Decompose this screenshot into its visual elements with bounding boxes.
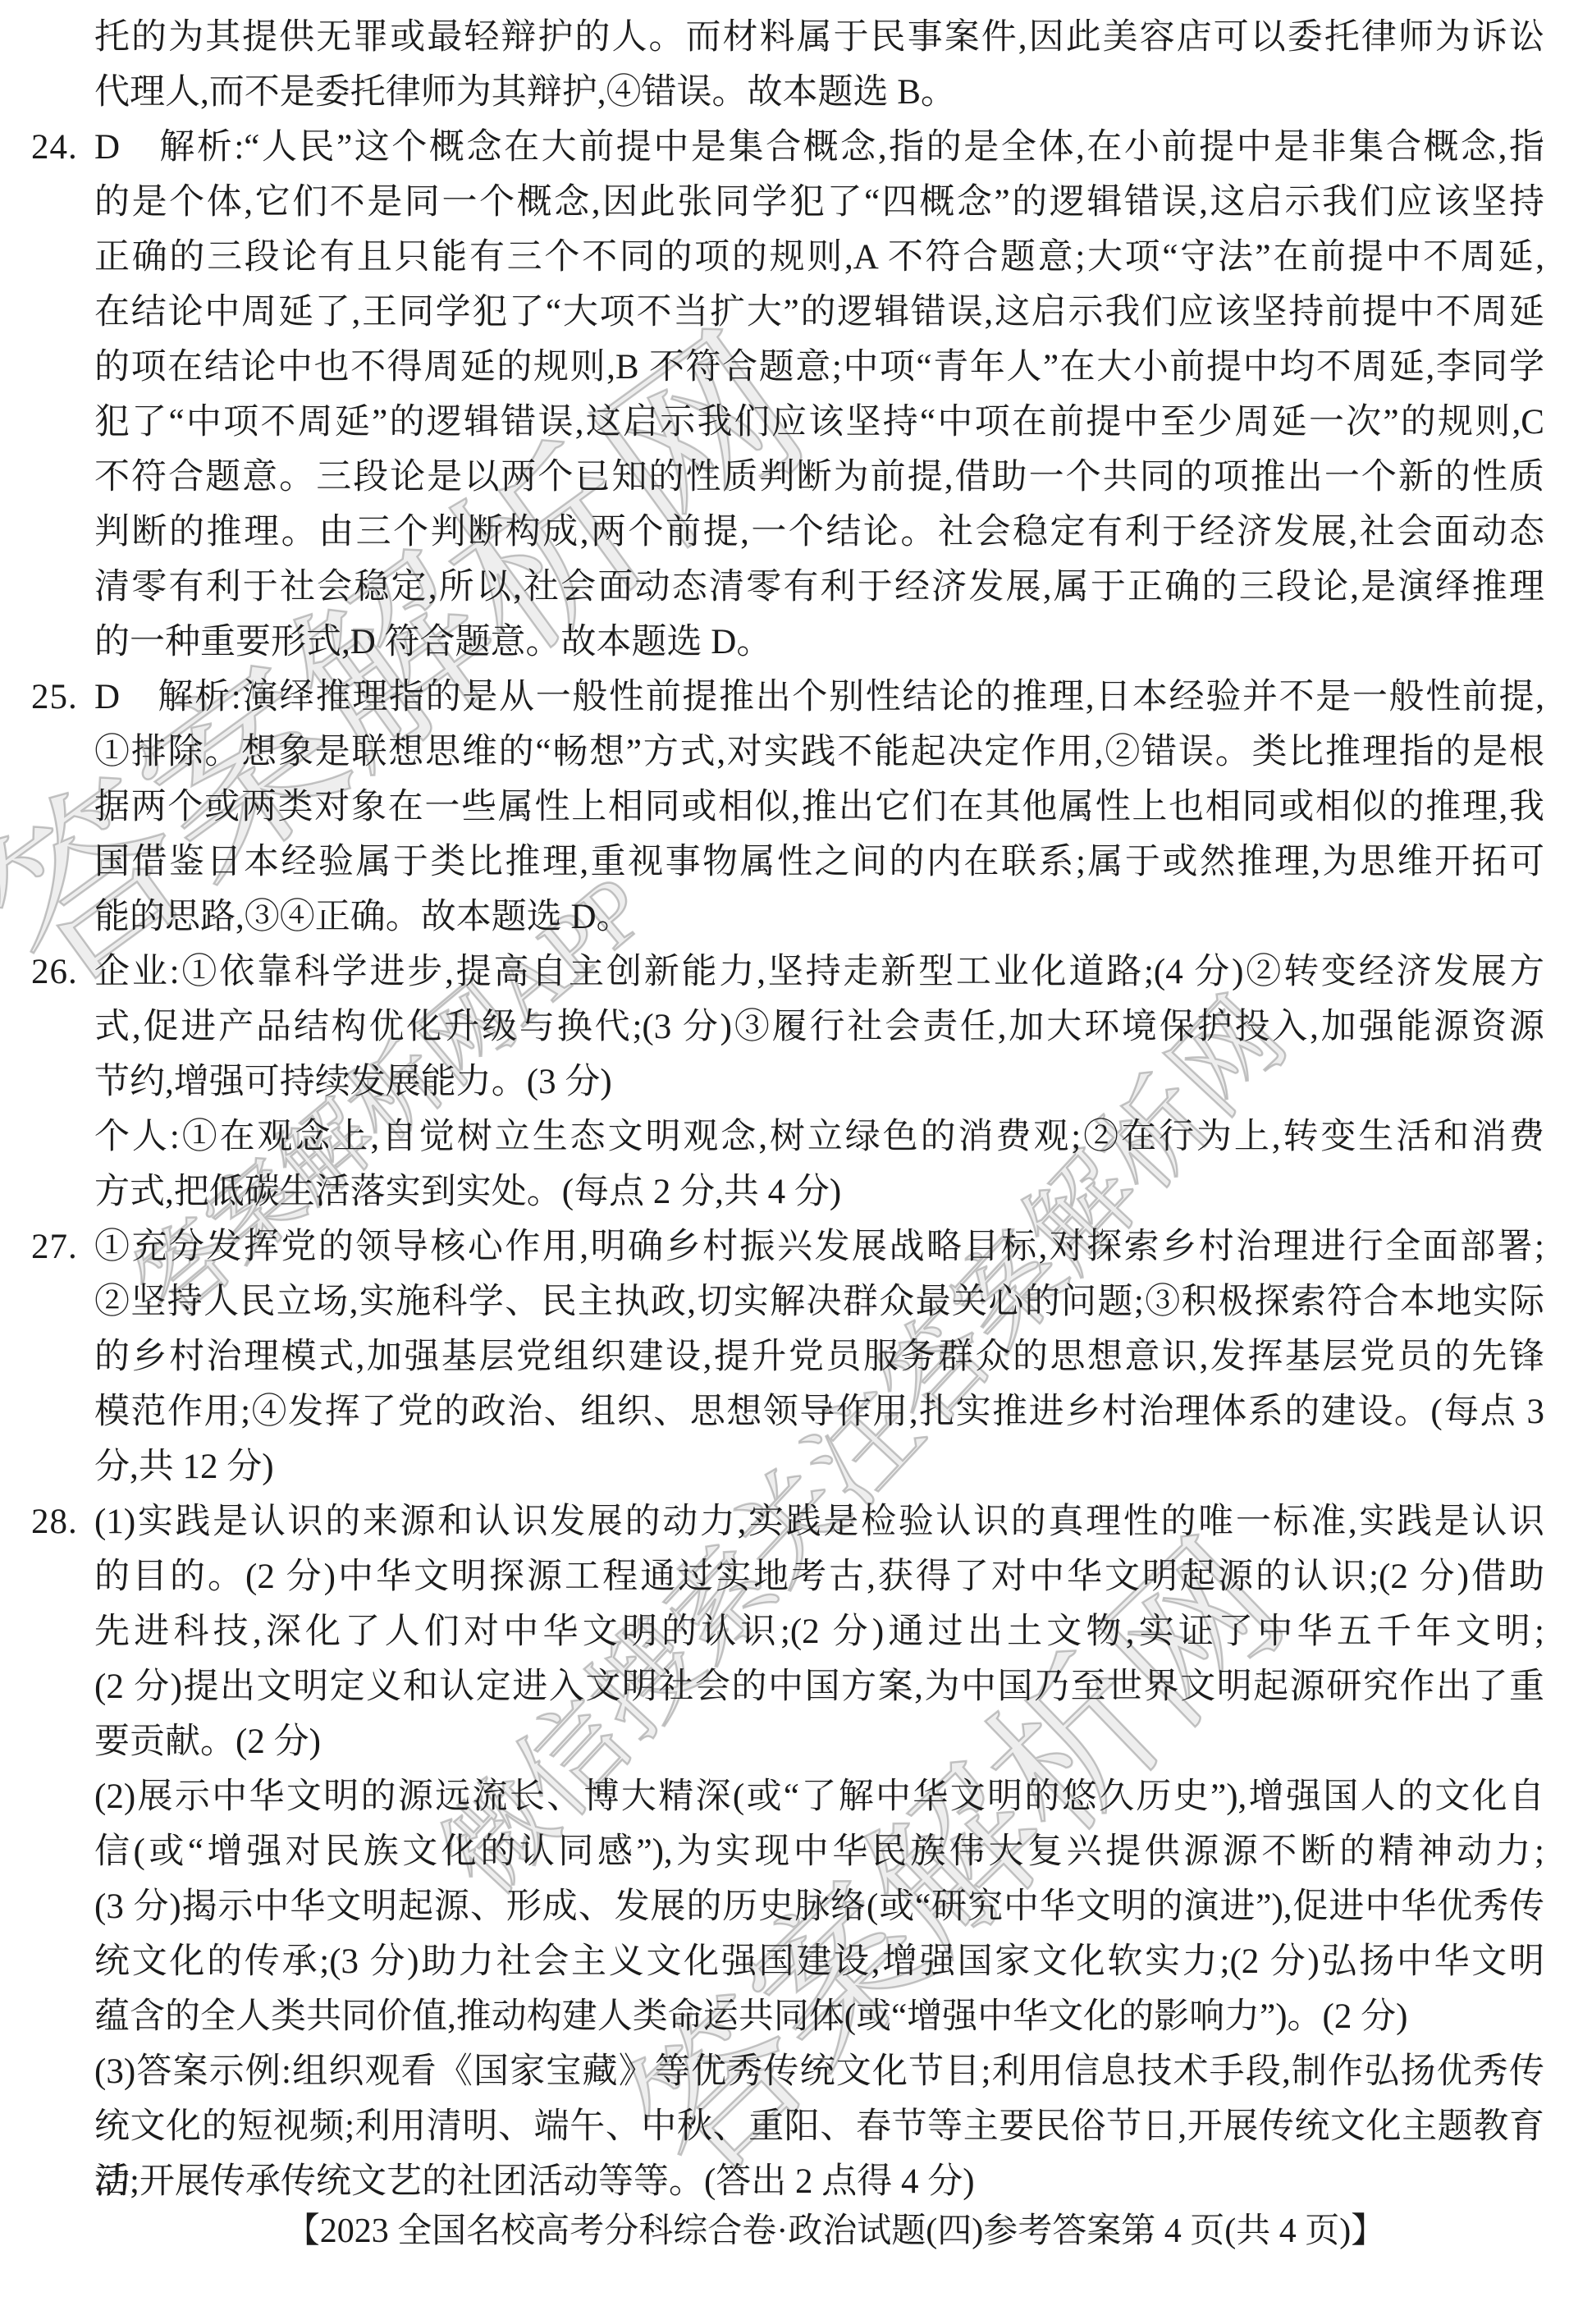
text-line: (3 分)揭示中华文明起源、形成、发展的历史脉络(或“研究中华文明的演进”),促…: [94, 1879, 1544, 1934]
text-line: ①排除。想象是联想思维的“畅想”方式,对实践不能起决定作用,②错误。类比推理指的…: [94, 725, 1544, 780]
text-line: 统文化的短视频;利用清明、端午、中秋、重阳、春节等主要民俗节日,开展传统文化主题…: [94, 2099, 1544, 2154]
text-line: 节约,增强可持续发展能力。(3 分): [94, 1054, 1544, 1109]
text-line: 蕴含的全人类共同价值,推动构建人类命运共同体(或“增强中华文化的影响力”)。(2…: [94, 1989, 1544, 2044]
text-line: 的是个体,它们不是同一个概念,因此张同学犯了“四概念”的逻辑错误,这启示我们应该…: [94, 175, 1544, 230]
text-line: 26.企业:①依靠科学进步,提高自主创新能力,坚持走新型工业化道路;(4 分)②…: [94, 945, 1544, 1000]
text-line: 式,促进产品结构优化升级与换代;(3 分)③履行社会责任,加大环境保护投入,加强…: [94, 1000, 1544, 1054]
text-line: 的项在结论中也不得周延的规则,B 不符合题意;中项“青年人”在大小前提中均不周延…: [94, 340, 1544, 395]
text-line: 24.D 解析:“人民”这个概念在大前提中是集合概念,指的是全体,在小前提中是非…: [94, 120, 1544, 175]
text-line: 国借鉴日本经验属于类比推理,重视事物属性之间的内在联系;属于或然推理,为思维开拓…: [94, 835, 1544, 890]
text-line: 的目的。(2 分)中华文明探源工程通过实地考古,获得了对中华文明起源的认识;(2…: [94, 1549, 1544, 1604]
text-line: 动;开展传承传统文艺的社团活动等等。(答出 2 点得 4 分): [94, 2154, 1544, 2209]
text-line: 清零有利于社会稳定,所以,社会面动态清零有利于经济发展,属于正确的三段论,是演绎…: [94, 560, 1544, 615]
page-footer: 【2023 全国名校高考分科综合卷·政治试题(四)参考答案第 4 页(共 4 页…: [51, 2204, 1569, 2259]
text-line: 正确的三段论有且只能有三个不同的项的规则,A 不符合题意;大项“守法”在前提中不…: [94, 230, 1544, 285]
text-line: 犯了“中项不周延”的逻辑错误,这启示我们应该坚持“中项在前提中至少周延一次”的规…: [94, 395, 1544, 450]
text-line: 据两个或两类对象在一些属性上相同或相似,推出它们在其他属性上也相同或相似的推理,…: [94, 780, 1544, 835]
text-line: 统文化的传承;(3 分)助力社会主义文化强国建设,增强国家文化软实力;(2 分)…: [94, 1934, 1544, 1989]
item-number: 25.: [31, 670, 94, 725]
text-line: 的一种重要形式,D 符合题意。故本题选 D。: [94, 615, 1544, 670]
text-line: 判断的推理。由三个判断构成,两个前提,一个结论。社会稳定有利于经济发展,社会面动…: [94, 505, 1544, 560]
text-line: 要贡献。(2 分): [94, 1714, 1544, 1769]
text-line: 的乡村治理模式,加强基层党组织建设,提升党员服务群众的思想意识,发挥基层党员的先…: [94, 1329, 1544, 1384]
text-line: 代理人,而不是委托律师为其辩护,④错误。故本题选 B。: [94, 65, 1544, 120]
text-line: 25.D 解析:演绎推理指的是从一般性前提推出个别性结论的推理,日本经验并不是一…: [94, 670, 1544, 725]
text-line: 在结论中周延了,王同学犯了“大项不当扩大”的逻辑错误,这启示我们应该坚持前提中不…: [94, 285, 1544, 340]
text-line: 能的思路,③④正确。故本题选 D。: [94, 890, 1544, 945]
item-number: 27.: [31, 1219, 94, 1274]
text-line: 托的为其提供无罪或最轻辩护的人。而材料属于民事案件,因此美容店可以委托律师为诉讼: [94, 10, 1544, 65]
text-line: 信(或“增强对民族文化的认同感”),为实现中华民族伟大复兴提供源源不断的精神动力…: [94, 1824, 1544, 1879]
text-line: (2)展示中华文明的源远流长、博大精深(或“了解中华文明的悠久历史”),增强国人…: [94, 1769, 1544, 1824]
text-line: 模范作用;④发挥了党的政治、组织、思想领导作用,扎实推进乡村治理体系的建设。(每…: [94, 1384, 1544, 1439]
exam-answer-page: { "page": { "background_color": "#ffffff…: [0, 0, 1569, 2324]
text-line: 方式,把低碳生活落实到实处。(每点 2 分,共 4 分): [94, 1164, 1544, 1219]
text-line: 不符合题意。三段论是以两个已知的性质判断为前提,借助一个共同的项推出一个新的性质: [94, 450, 1544, 505]
text-line: 分,共 12 分): [94, 1439, 1544, 1494]
document-page: 答案解析网答案解析网APP微信搜索关注答案解析网答案解析网 托的为其提供无罪或最…: [0, 0, 1569, 2324]
item-number: 26.: [31, 945, 94, 1000]
text-line: 个人:①在观念上,自觉树立生态文明观念,树立绿色的消费观;②在行为上,转变生活和…: [94, 1109, 1544, 1164]
text-line: 先进科技,深化了人们对中华文明的认识;(2 分)通过出土文物,实证了中华五千年文…: [94, 1604, 1544, 1659]
text-body: 托的为其提供无罪或最轻辩护的人。而材料属于民事案件,因此美容店可以委托律师为诉讼…: [94, 0, 1544, 2209]
item-number: 24.: [31, 120, 94, 175]
text-line: (2 分)提出文明定义和认定进入文明社会的中国方案,为中国乃至世界文明起源研究作…: [94, 1659, 1544, 1714]
text-line: 28.(1)实践是认识的来源和认识发展的动力,实践是检验认识的真理性的唯一标准,…: [94, 1494, 1544, 1549]
text-line: ②坚持人民立场,实施科学、民主执政,切实解决群众最关心的问题;③积极探索符合本地…: [94, 1274, 1544, 1329]
text-line: (3)答案示例:组织观看《国家宝藏》等优秀传统文化节目;利用信息技术手段,制作弘…: [94, 2044, 1544, 2099]
text-line: 27.①充分发挥党的领导核心作用,明确乡村振兴发展战略目标,对探索乡村治理进行全…: [94, 1219, 1544, 1274]
item-number: 28.: [31, 1494, 94, 1549]
